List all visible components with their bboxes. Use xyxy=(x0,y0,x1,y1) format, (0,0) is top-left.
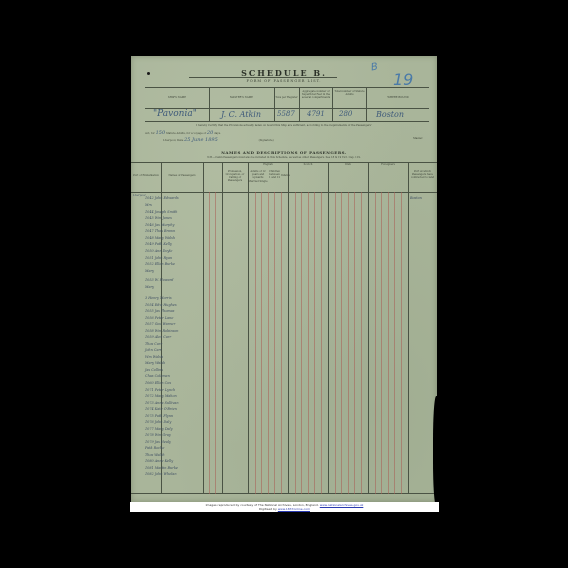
th-married: Married xyxy=(248,180,258,183)
passenger-row: Mary xyxy=(145,269,154,273)
first-port: Liverpool xyxy=(133,194,145,197)
tons-value: 5587 xyxy=(277,110,295,118)
passenger-row: 1071 Peter Lynch xyxy=(145,388,175,392)
passenger-row: 1051 John Ryan xyxy=(145,256,172,260)
sub-rule xyxy=(314,192,315,494)
th-destination: Port at which Passengers have contracted… xyxy=(408,170,437,179)
archive-credit-footer: Images reproduced by courtesy of The Nat… xyxy=(130,502,439,512)
passenger-row: John Carr xyxy=(145,348,162,352)
cert-date-value: 25 June 1895 xyxy=(184,137,218,143)
passenger-row: 1082 John Whelan xyxy=(145,472,177,476)
sub-rule xyxy=(341,192,342,494)
cert-adults-count: 150 xyxy=(156,130,166,136)
title-underline xyxy=(189,77,337,78)
passenger-row: 1050 Ann Doyle xyxy=(145,249,172,253)
cert-voyage-days: 20 xyxy=(207,130,213,136)
sub-rule xyxy=(274,192,275,494)
passenger-row: 1075 Patk Flynn xyxy=(145,414,173,418)
th-adults: Adults of 12 years and upwards xyxy=(248,170,268,179)
passenger-row: 1057 Geo Warner xyxy=(145,322,175,326)
cert-adults-label: Statute Adults, for a voyage of xyxy=(166,132,206,135)
passenger-row: Mary Walsh xyxy=(145,361,165,365)
digitiser-link[interactable]: www.1837online.com xyxy=(278,507,310,511)
passenger-row: 3 Henry Morris xyxy=(145,296,172,300)
sub-rule xyxy=(308,192,309,494)
passenger-row: 1052 Ellen Burke xyxy=(145,262,175,266)
passenger-row: Patk Roche xyxy=(145,446,164,450)
col-tons: Tons per Register xyxy=(274,96,299,99)
sub-rule xyxy=(281,192,282,494)
superficial-feet-value: 4791 xyxy=(307,110,325,118)
th-infants: Infants xyxy=(281,174,288,177)
passenger-row: 1058 Wm Robinson xyxy=(145,329,178,333)
passenger-row: 1046 Jas Murphy xyxy=(145,223,174,227)
passenger-row: 1076 John Daly xyxy=(145,420,171,424)
cert-master-label: Master. xyxy=(413,137,423,140)
passenger-row: Thos Carr xyxy=(145,342,162,346)
passenger-row: 1080 Anne Kelly xyxy=(145,459,173,463)
sub-rule xyxy=(388,192,389,494)
digitised-text: Digitised by xyxy=(259,507,277,511)
header-top-rule xyxy=(145,87,429,88)
th-single: Single xyxy=(260,180,268,183)
table-header-rule xyxy=(131,192,437,193)
passenger-row: 1078 Wm Gray xyxy=(145,433,171,437)
cert-act-for: Act, for xyxy=(145,132,155,135)
header-divider xyxy=(274,87,275,121)
passenger-row: 1079 Jas Healy xyxy=(145,440,171,444)
passenger-row: 1054 Edw Hughes xyxy=(145,303,177,307)
header-bottom-rule xyxy=(145,121,429,122)
passenger-row: 1060 Ellen Cox xyxy=(145,381,171,385)
passenger-row: 1072 Mary Mahon xyxy=(145,394,177,398)
passenger-row: 1074 Kate O'Brien xyxy=(145,407,177,411)
torn-edge xyxy=(433,396,441,506)
sub-rule xyxy=(354,192,355,494)
passenger-row: Mary xyxy=(145,285,154,289)
certification-line-1: I hereby Certify that the Provisions act… xyxy=(145,124,423,127)
sub-rule xyxy=(295,192,296,494)
passenger-row: 1055 Jas Thomas xyxy=(145,309,174,313)
archives-link[interactable]: www.nationalarchives.gov.uk xyxy=(320,503,364,507)
digitised-line: Digitised by www.1837online.com xyxy=(130,507,439,511)
passenger-row: Mrs xyxy=(145,203,152,207)
masters-name-value: J. C. Atkin xyxy=(221,110,261,119)
statute-adults-value: 280 xyxy=(339,110,352,118)
passenger-row: 1059 Alex Carr xyxy=(145,335,171,339)
section-title: NAMES AND DESCRIPTIONS OF PASSENGERS. xyxy=(131,150,437,155)
passenger-row: Thos Walsh xyxy=(145,453,165,457)
sub-rule xyxy=(215,192,216,494)
th-port-of-embarkation: Port of Embarkation xyxy=(131,174,161,177)
cert-days-label: days. xyxy=(214,132,221,135)
col-masters-name: MASTER'S NAME xyxy=(209,96,274,99)
passenger-list-page: B 19 SCHEDULE B. FORM OF PASSENGER LIST.… xyxy=(131,56,437,502)
th-irish: Irish xyxy=(328,163,368,166)
col-statute-adults: Total number of Statute Adults xyxy=(333,90,366,96)
col-divider xyxy=(288,162,289,494)
passenger-row: Chas Coleman xyxy=(145,374,170,378)
passenger-row: 1056 Peter Lane xyxy=(145,316,173,320)
sub-rule xyxy=(268,192,269,494)
credit-line: Images reproduced by courtesy of The Nat… xyxy=(130,503,439,507)
table-bottom-rule xyxy=(131,493,437,494)
passenger-row: 1045 Wm Jones xyxy=(145,216,172,220)
col-where-bound: WHERE BOUND xyxy=(367,96,429,99)
col-divider xyxy=(248,162,249,494)
header-divider xyxy=(209,87,210,121)
credit-text: Images reproduced by courtesy of The Nat… xyxy=(206,503,319,507)
passenger-row: 1049 Patk Kelly xyxy=(145,242,172,246)
ships-name-value: "Pavonia" xyxy=(153,109,197,119)
col-divider xyxy=(328,162,329,494)
cert-signature-label: (Signature) xyxy=(259,139,274,142)
passenger-row: 1048 Mary Walsh xyxy=(145,236,175,240)
sub-rule xyxy=(348,192,349,494)
col-divider xyxy=(408,162,409,494)
sub-rule xyxy=(401,192,402,494)
sub-rule xyxy=(361,192,362,494)
sub-rule xyxy=(335,192,336,494)
passenger-row: 1047 Thos Brown xyxy=(145,229,175,233)
sub-rule xyxy=(381,192,382,494)
form-subtitle: FORM OF PASSENGER LIST. xyxy=(131,79,437,83)
th-english: English xyxy=(248,163,288,166)
passenger-row: 1073 Anna Sullivan xyxy=(145,401,179,405)
passenger-table: Port of Embarkation Names of Passengers … xyxy=(131,162,437,494)
certification-line-2: Act, for 150 Statute Adults, for a voyag… xyxy=(145,130,423,136)
passenger-row: Jas Collins xyxy=(145,368,163,372)
col-divider xyxy=(203,162,204,494)
th-children: Children between 1 and 12 xyxy=(268,170,281,179)
th-names: Names of Passengers xyxy=(161,174,203,177)
sub-rule xyxy=(261,192,262,494)
passenger-row: 1053 W. Howard xyxy=(145,278,173,282)
section-note: N.B.—Cabin Passengers must also be inclu… xyxy=(131,156,437,159)
th-foreigners: Foreigners xyxy=(368,163,408,166)
col-divider xyxy=(368,162,369,494)
th-scotch: Scotch xyxy=(288,163,328,166)
passenger-row: 1077 Mary Daly xyxy=(145,427,173,431)
passenger-row: 1044 Joseph Smith xyxy=(145,210,177,214)
th-profession: Profession, Occupation, or Calling of Pa… xyxy=(222,170,248,182)
sub-rule xyxy=(255,192,256,494)
where-bound-value: Boston xyxy=(376,110,404,119)
sub-rule xyxy=(321,192,322,494)
passenger-row: 1042 John Edwards xyxy=(145,196,179,200)
col-divider xyxy=(222,162,223,494)
header-divider xyxy=(366,87,367,121)
passenger-row: Wm Walsh xyxy=(145,355,163,359)
sub-rule xyxy=(394,192,395,494)
cert-date-label: Liverpool, Date xyxy=(163,139,183,142)
sub-rule xyxy=(209,192,210,494)
sub-rule xyxy=(301,192,302,494)
th-married-single: Married Single xyxy=(248,180,268,183)
sub-rule xyxy=(375,192,376,494)
col-ships-name: SHIP'S NAME xyxy=(145,96,209,99)
certification-line-3: Liverpool, Date 25 June 1895 (Signature)… xyxy=(145,137,423,143)
first-destination: Boston xyxy=(410,196,422,200)
passenger-row: 1081 Martin Burke xyxy=(145,466,178,470)
col-superficial-feet: Aggregate number of Superficial Feet in … xyxy=(300,90,332,99)
